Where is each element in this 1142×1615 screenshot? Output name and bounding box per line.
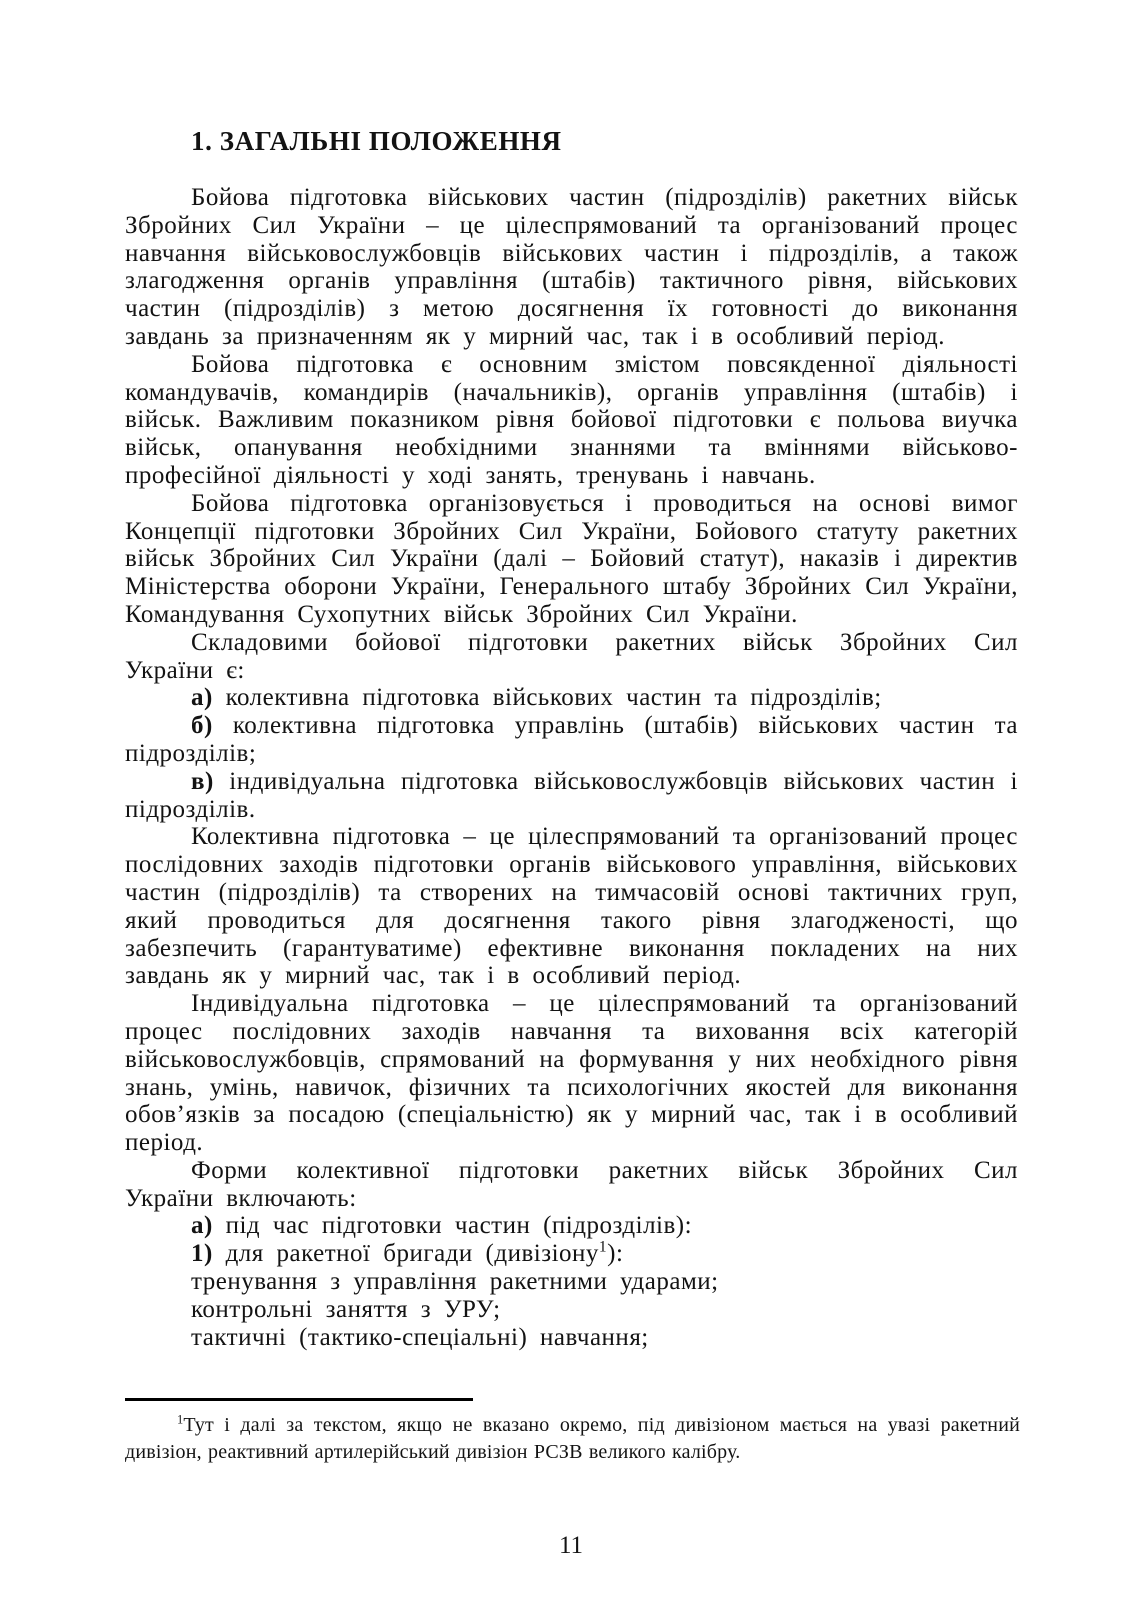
paragraph: в) індивідуальна підготовка військовослу… — [125, 768, 1018, 824]
document-page: 1. ЗАГАЛЬНІ ПОЛОЖЕННЯ Бойова підготовка … — [0, 0, 1142, 1615]
paragraph: а) під час підготовки частин (підрозділі… — [125, 1212, 1018, 1240]
paragraph: Індивідуальна підготовка – це цілеспрямо… — [125, 990, 1018, 1157]
paragraph: Складовими бойової підготовки ракетних в… — [125, 629, 1018, 685]
paragraph: б) колективна підготовка управлінь (штаб… — [125, 712, 1018, 768]
paragraph: Бойова підготовка організовується і пров… — [125, 490, 1018, 629]
footnote-separator — [125, 1398, 473, 1401]
paragraph-list: Бойова підготовка військових частин (під… — [125, 184, 1018, 1351]
paragraph: а) колективна підготовка військових част… — [125, 684, 1018, 712]
paragraph: Колективна підготовка – це цілеспрямован… — [125, 823, 1018, 990]
page-number: 11 — [0, 1532, 1142, 1560]
paragraph: тактичні (тактико-спеціальні) навчання; — [125, 1324, 1018, 1352]
paragraph: Форми колективної підготовки ракетних ві… — [125, 1157, 1018, 1213]
paragraph: Бойова підготовка військових частин (під… — [125, 184, 1018, 351]
paragraph: 1) для ракетної бригади (дивізіону1): — [125, 1240, 1018, 1268]
paragraph: тренування з управління ракетними ударам… — [125, 1268, 1018, 1296]
footnote-block: 1Тут і далі за текстом, якщо не вказано … — [125, 1398, 1020, 1466]
paragraph: контрольні заняття з УРУ; — [125, 1296, 1018, 1324]
footnote-text: 1Тут і далі за текстом, якщо не вказано … — [125, 1412, 1020, 1466]
paragraph: Бойова підготовка є основним змістом пов… — [125, 351, 1018, 490]
page-body: 1. ЗАГАЛЬНІ ПОЛОЖЕННЯ Бойова підготовка … — [125, 126, 1018, 1351]
section-heading: 1. ЗАГАЛЬНІ ПОЛОЖЕННЯ — [191, 126, 1018, 157]
